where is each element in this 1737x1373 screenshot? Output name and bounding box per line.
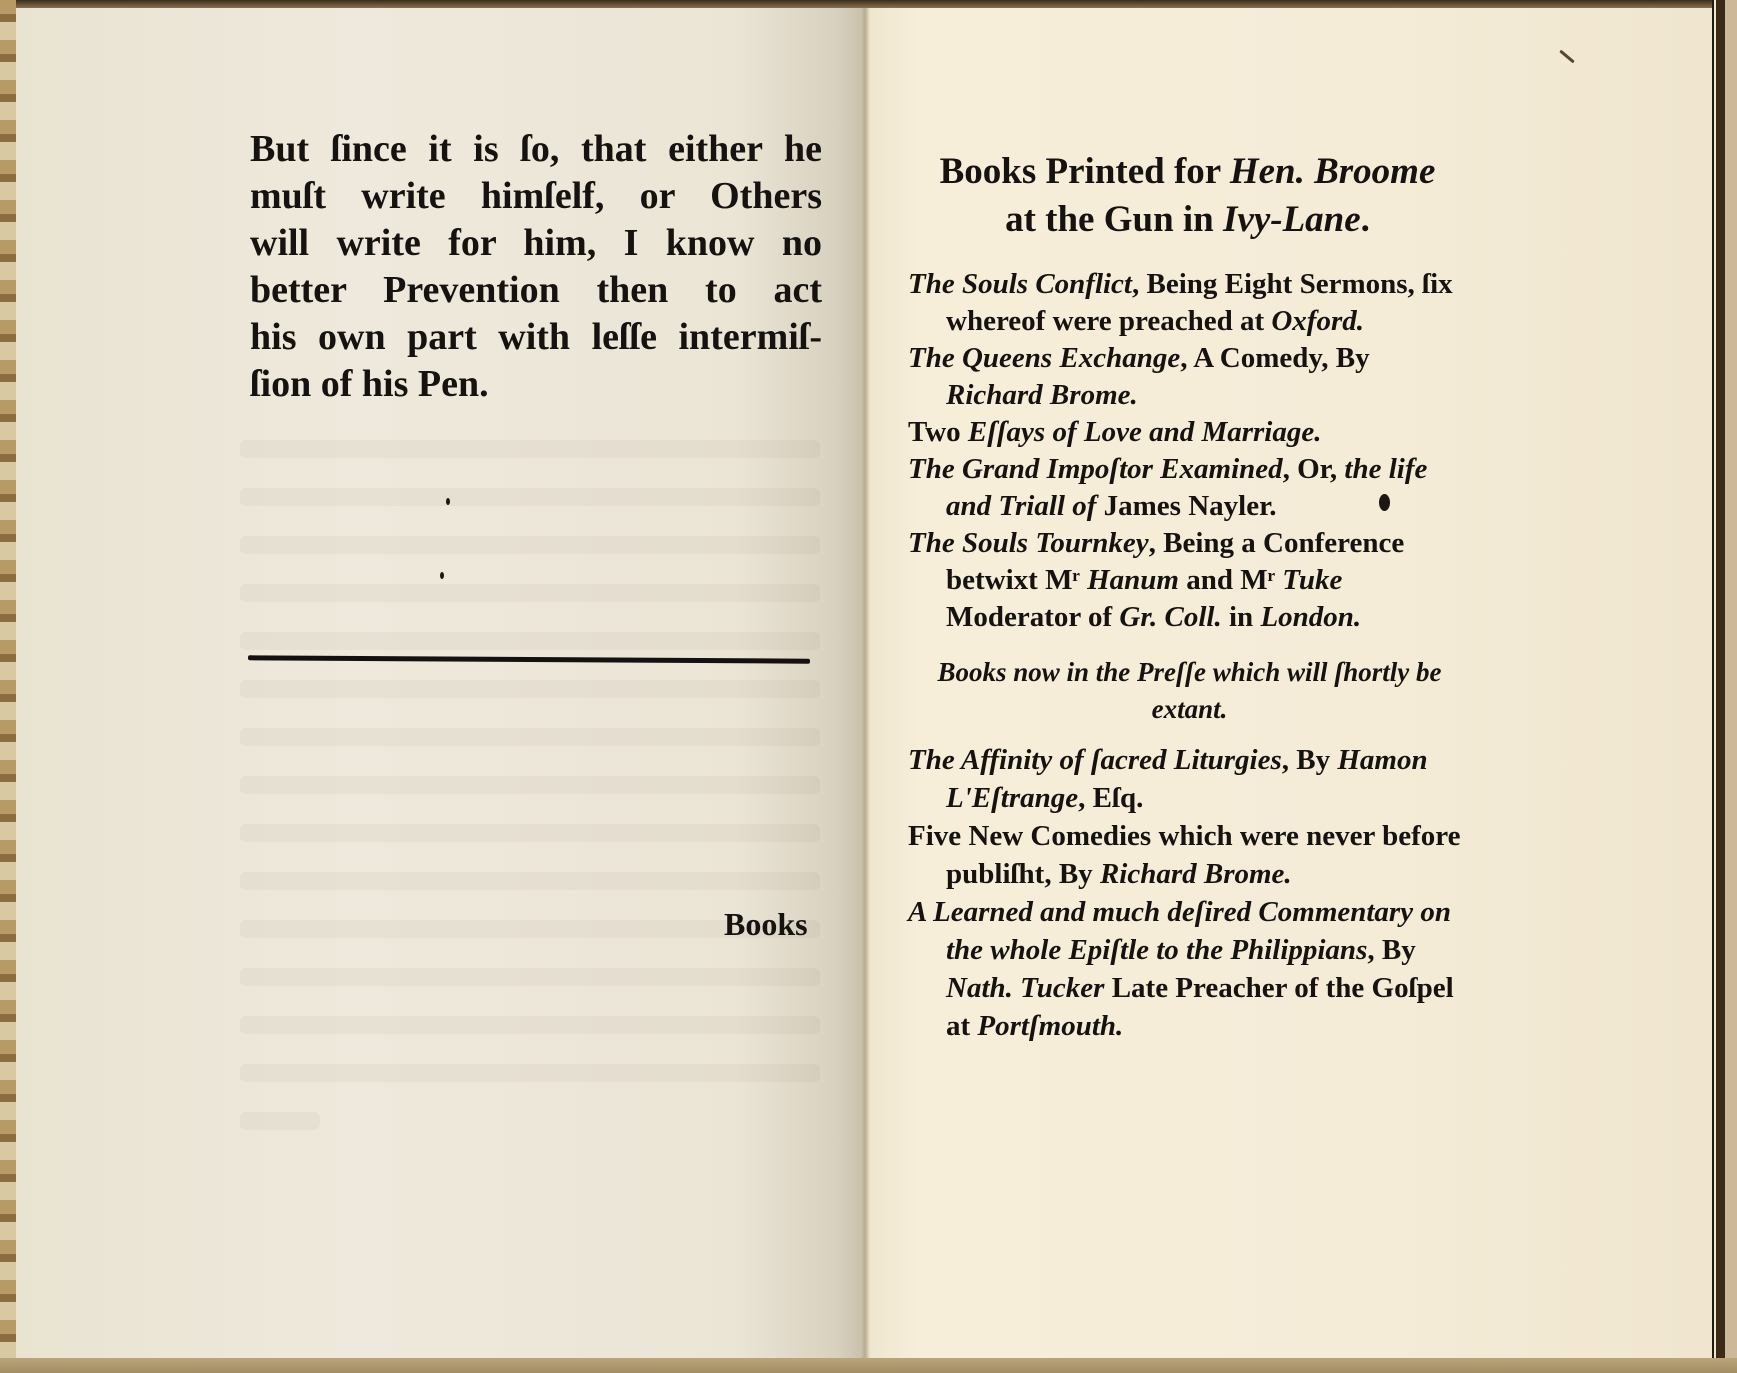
book-entry: Two Eſſays of Love and Marriage. bbox=[908, 414, 1471, 451]
entry-text: , Or, bbox=[1283, 453, 1345, 485]
text-line: will write for him, I know no bbox=[250, 220, 822, 267]
book-entry: The Affinity of ſacred Liturgies, By Ham… bbox=[908, 741, 1471, 817]
books-in-press-heading: Books now in the Preſſe which will ſhort… bbox=[908, 654, 1471, 728]
entry-italic-text: Portſmouth. bbox=[977, 1010, 1123, 1042]
entry-italic-text: Eſſays of Love and Marriage. bbox=[968, 416, 1322, 448]
entry-text: , A Comedy, By bbox=[1180, 342, 1369, 374]
text-line: muſt write himſelf, or Others bbox=[250, 173, 822, 220]
book-entry: Five New Comedies which were never befor… bbox=[908, 817, 1471, 893]
text-line: ſion of his Pen. bbox=[250, 361, 822, 408]
book-top-edge bbox=[0, 0, 1737, 8]
books-in-press-list: The Affinity of ſacred Liturgies, By Ham… bbox=[908, 741, 1471, 1045]
text-line: But ſince it is ſo, that either he bbox=[250, 126, 822, 173]
ink-speck bbox=[440, 572, 444, 579]
entry-text: , By bbox=[1367, 934, 1415, 966]
heading-text: Books Printed for bbox=[940, 151, 1230, 192]
heading-location: Ivy-Lane bbox=[1223, 199, 1361, 240]
entry-italic-text: The Souls Conflict bbox=[908, 268, 1132, 300]
text-line: better Prevention then to act bbox=[250, 267, 822, 314]
entry-italic-text: Hanum bbox=[1087, 564, 1179, 596]
entry-italic-text: The Affinity of ſacred Liturgies bbox=[908, 744, 1282, 776]
entry-italic-text: The Grand Impoſtor Examined bbox=[908, 453, 1283, 485]
entry-text: Moderator of bbox=[946, 601, 1119, 633]
entry-italic-text: The Queens Exchange bbox=[908, 342, 1180, 374]
heading-publisher-name: Hen. Broome bbox=[1230, 151, 1436, 192]
text-line: his own part with leſſe intermiſ- bbox=[250, 314, 822, 361]
entry-italic-text: London. bbox=[1260, 601, 1361, 633]
ink-speck bbox=[446, 498, 450, 505]
catchword: Books bbox=[724, 906, 808, 943]
entry-text: , By bbox=[1282, 744, 1338, 776]
books-printed-list: The Souls Conflict, Being Eight Sermons,… bbox=[908, 266, 1471, 636]
background-surface bbox=[1725, 0, 1737, 1373]
ink-speck bbox=[1379, 494, 1390, 511]
book-entry: The Souls Conflict, Being Eight Sermons,… bbox=[908, 266, 1471, 340]
entry-italic-text: Gr. Coll. bbox=[1119, 601, 1221, 633]
left-page-paragraph: But ſince it is ſo, that either he muſt … bbox=[250, 126, 822, 408]
entry-italic-text: Nath. Tucker bbox=[946, 972, 1104, 1004]
book-right-edge bbox=[1712, 0, 1725, 1373]
book-entry: The Grand Impoſtor Examined, Or, the lif… bbox=[908, 451, 1471, 525]
heading-text: at the Gun in bbox=[1005, 199, 1223, 240]
heading-period: . bbox=[1361, 199, 1370, 240]
entry-italic-text: Richard Brome. bbox=[1100, 858, 1292, 890]
entry-text: Two bbox=[908, 416, 968, 448]
entry-italic-text: Tuke bbox=[1282, 564, 1342, 596]
entry-text: James Nayler. bbox=[1104, 490, 1277, 522]
right-page-heading: Books Printed for Hen. Broome at the Gun… bbox=[905, 148, 1470, 244]
entry-text: in bbox=[1222, 601, 1261, 633]
book-entry: The Souls Tournkey, Being a Conference b… bbox=[908, 525, 1471, 636]
book-gutter bbox=[860, 8, 870, 1358]
book-entry: A Learned and much deſired Commentary on… bbox=[908, 893, 1471, 1045]
entry-text: and Mʳ bbox=[1179, 564, 1282, 596]
book-bottom-edge bbox=[0, 1358, 1737, 1373]
book-entry: The Queens Exchange, A Comedy, By Richar… bbox=[908, 340, 1471, 414]
entry-text: , Eſq. bbox=[1078, 782, 1143, 814]
entry-italic-text: Richard Brome. bbox=[946, 379, 1138, 411]
book-left-edge bbox=[0, 0, 16, 1373]
entry-italic-text: Oxford. bbox=[1271, 305, 1364, 337]
entry-italic-text: The Souls Tournkey bbox=[908, 527, 1149, 559]
